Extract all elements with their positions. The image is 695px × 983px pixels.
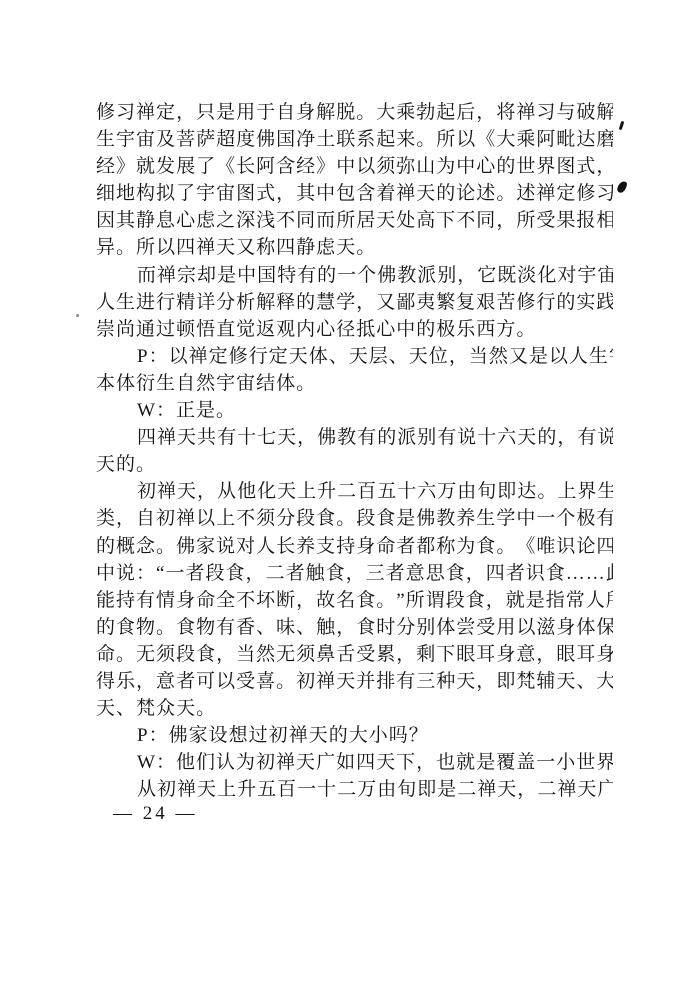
text-line: 生宇宙及菩萨超度佛国净土联系起来。所以《大乘阿毗达磨 [96,126,613,153]
ink-speck [619,121,625,130]
text-line: 异。所以四禅天又称四静虑天。 [96,234,613,261]
text-line: 的概念。佛家说对人长养支持身命者都称为食。《唯识论四》 [96,533,613,560]
text-line: 中说：“一者段食，二者触食，三者意思食，四者识食……此四 [96,560,613,587]
text-line: 命。无须段食，当然无须鼻舌受累，剩下眼耳身意，眼耳身可以 [96,641,613,668]
text-line: 因其静息心虑之深浅不同而所居天处高下不同，所受果报相 [96,207,613,234]
text-line: 从初禅天上升五百一十二万由旬即是二禅天，二禅天广 [96,776,613,803]
text-line: 得乐，意者可以受喜。初禅天并排有三种天，即梵辅天、大梵 [96,668,613,695]
page-text-column: 修习禅定，只是用于自身解脱。大乘勃起后，将禅习与破解人生宇宙及菩萨超度佛国净土联… [96,99,613,803]
text-line: 修习禅定，只是用于自身解脱。大乘勃起后，将禅习与破解人 [96,99,613,126]
text-line: 细地构拟了宇宙图式，其中包含着禅天的论述。述禅定修习者 [96,180,613,207]
text-line: W：他们认为初禅天广如四天下，也就是覆盖一小世界。 [96,749,613,776]
text-line: 本体衍生自然宇宙结体。 [96,370,613,397]
text-line: 崇尚通过顿悟直觉返观内心径抵心中的极乐西方。 [96,316,613,343]
text-line: 类，自初禅以上不须分段食。段食是佛教养生学中一个极有趣 [96,505,613,532]
text-line: W：正是。 [96,397,613,424]
text-line: P：佛家设想过初禅天的大小吗？ [96,722,613,749]
text-line: 四禅天共有十七天，佛教有的派别有说十六天的，有说八 [96,424,613,451]
text-line: 天的。 [96,451,613,478]
text-line: 经》就发展了《长阿含经》中以须弥山为中心的世界图式，更精 [96,153,613,180]
text-line: 人生进行精详分析解释的慧学，又鄙夷繁复艰苦修行的实践， [96,289,613,316]
text-line: P：以禅定修行定天体、天层、天位，当然又是以人生宇宙 [96,343,613,370]
page-number: — 24 — [113,803,198,825]
ink-speck [616,180,628,194]
text-line: 天、梵众天。 [96,695,613,722]
text-line: 而禅宗却是中国特有的一个佛教派别，它既淡化对宇宙 [96,262,613,289]
text-line: 能持有情身命全不坏断，故名食。”所谓段食，就是指常人所用 [96,587,613,614]
book-page: 修习禅定，只是用于自身解脱。大乘勃起后，将禅习与破解人生宇宙及菩萨超度佛国净土联… [0,0,695,983]
text-line: 的食物。食物有香、味、触，食时分别体尝受用以滋身体保养生 [96,614,613,641]
ink-speck [76,314,79,317]
text-line: 初禅天，从他化天上升二百五十六万由旬即达。上界生 [96,478,613,505]
